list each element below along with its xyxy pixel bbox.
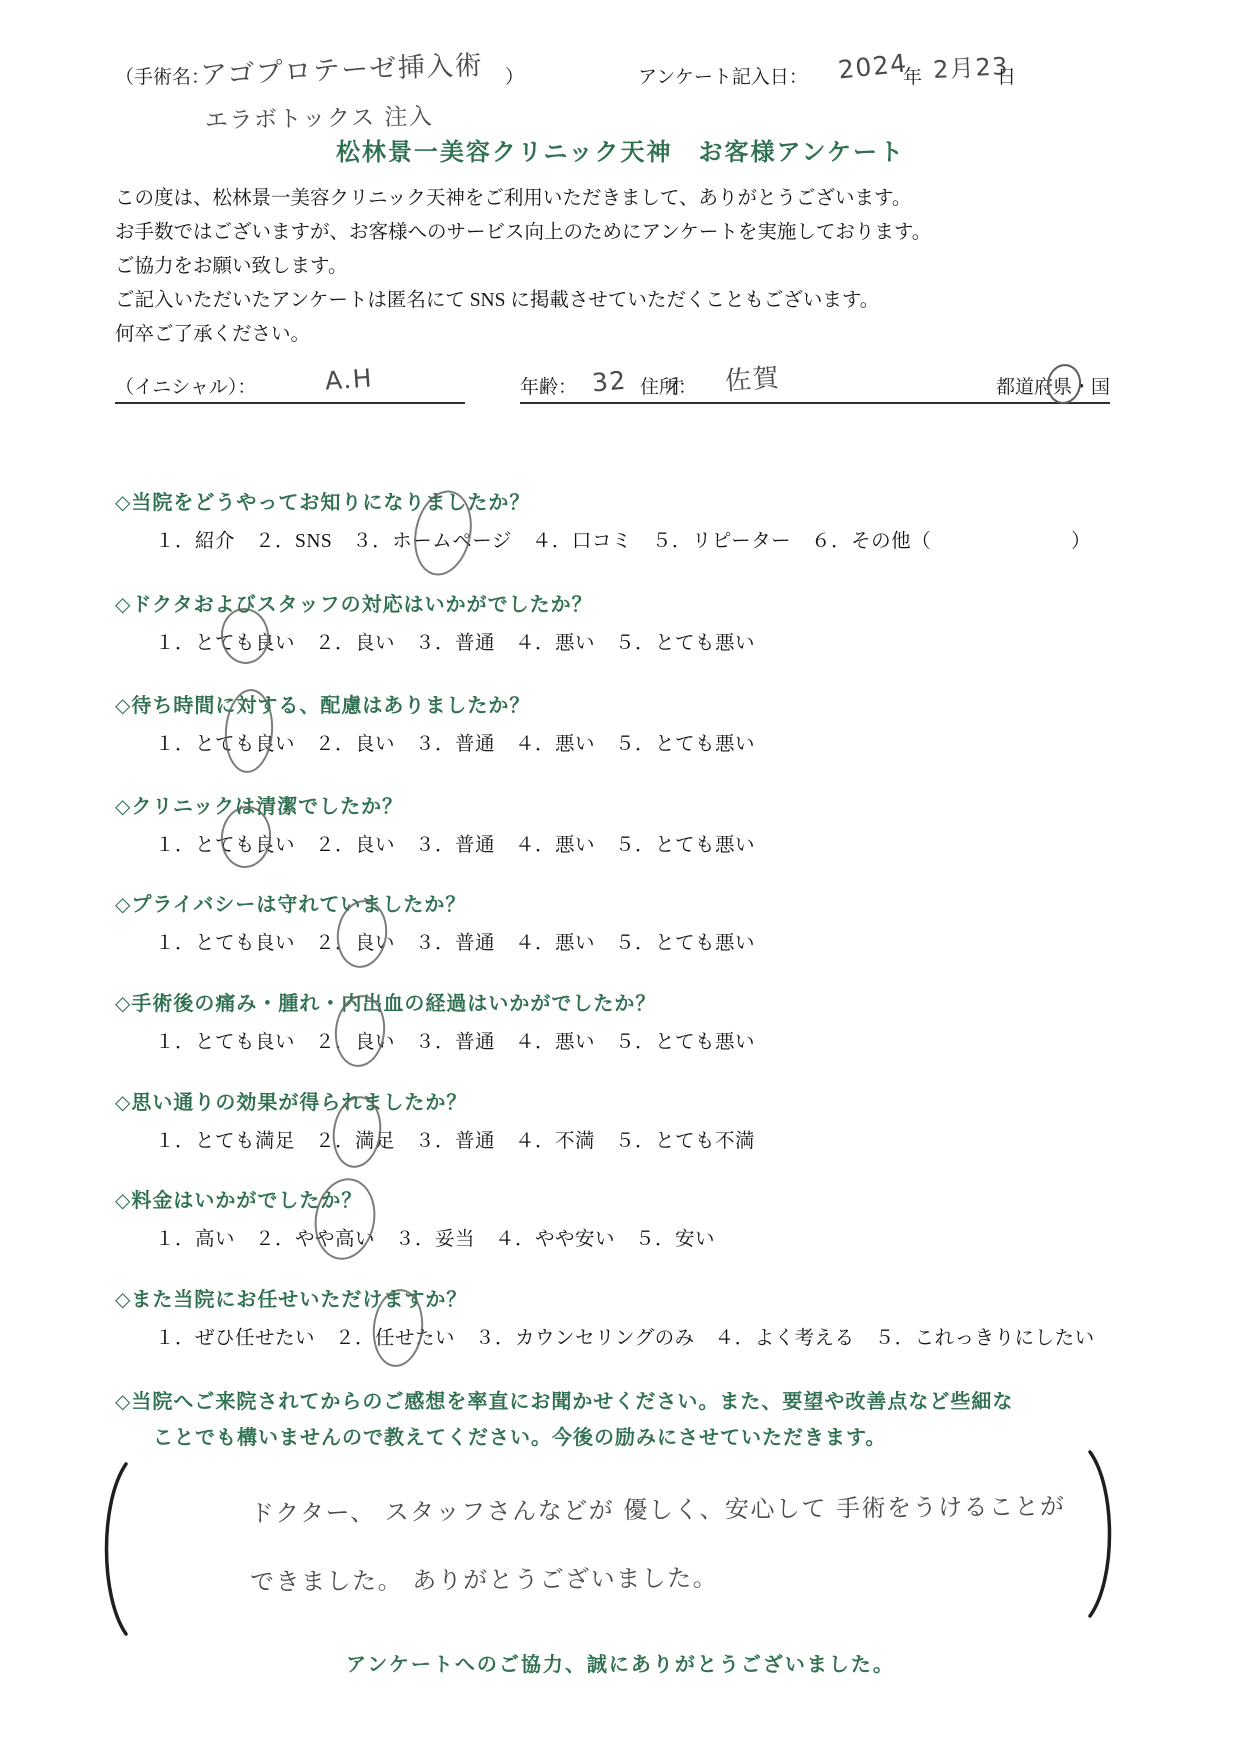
survey-date-label: アンケート記入日： <box>638 62 808 89</box>
initial-label: （イニシャル）： <box>115 372 256 399</box>
comment-handwritten-line2: できました。 ありがとうございました。 <box>250 1558 718 1597</box>
question-heading: ◇手術後の痛み・腫れ・内出血の経過はいかがでしたか？ <box>115 987 1130 1016</box>
address-field: 住所： 佐賀 都道府県・国 <box>640 360 1110 404</box>
question-block-3: ◇待ち時間に対する、配慮はありましたか？ １．とても良い ２．良い ３．普通 ４… <box>115 689 1130 756</box>
question-options: １．とても良い ２．良い ３．普通 ４．悪い ５．とても悪い <box>115 1026 1130 1054</box>
age-value: 32 <box>591 366 628 398</box>
final-question: ◇当院へご来院されてからのご感想を率直にお聞かせください。また、要望や改善点など… <box>115 1384 1130 1456</box>
final-question-line2: ことでも構いませんので教えてください。今後の励みにさせていただきます。 <box>115 1420 1130 1456</box>
intro-line: ご協力をお願い致します。 <box>115 250 931 284</box>
surgery-name-value: アゴプロテーゼ挿入術 <box>199 43 483 92</box>
final-question-line1: ◇当院へご来院されてからのご感想を率直にお聞かせください。また、要望や改善点など… <box>115 1384 1130 1420</box>
question-block-7: ◇思い通りの効果が得られましたか？ １．とても満足 ２．満足 ３．普通 ４．不満… <box>115 1086 1130 1153</box>
intro-paragraph: この度は、松林景一美容クリニック天神をご利用いただきまして、ありがとうございます… <box>115 182 931 352</box>
survey-date-year-value: 2024 <box>837 48 909 84</box>
address-suffix: 都道府県・国 <box>996 372 1110 399</box>
comment-bracket-left-icon <box>92 1460 136 1638</box>
survey-scan-page: （手術名： アゴプロテーゼ挿入術 ） エラボトックス 注入 アンケート記入日： … <box>0 0 1241 1754</box>
question-block-6: ◇手術後の痛み・腫れ・内出血の経過はいかがでしたか？ １．とても良い ２．良い … <box>115 987 1130 1054</box>
question-options: １．高い ２．やや高い ３．妥当 ４．やや安い ５．安い <box>115 1223 1130 1251</box>
question-block-4: ◇クリニックは清潔でしたか？ １．とても良い ２．良い ３．普通 ４．悪い ５．… <box>115 790 1130 857</box>
initial-value: A.H <box>324 363 374 395</box>
page-title: 松林景一美容クリニック天神 お客様アンケート <box>0 132 1241 167</box>
question-block-2: ◇ドクタおよびスタッフの対応はいかがでしたか？ １．とても良い ２．良い ３．普… <box>115 588 1130 655</box>
question-block-9: ◇また当院にお任せいただけますか？ １．ぜひ任せたい ２．任せたい ３．カウンセ… <box>115 1283 1130 1350</box>
intro-line: お手数ではございますが、お客様へのサービス向上のためにアンケートを実施しておりま… <box>115 216 931 250</box>
surgery-name-label: （手術名： <box>115 62 210 89</box>
address-label: 住所： <box>640 372 697 399</box>
question-heading: ◇料金はいかがでしたか？ <box>115 1184 1130 1213</box>
initial-field: （イニシャル）： A.H <box>115 360 465 404</box>
question-block-5: ◇プライバシーは守れていましたか？ １．とても良い ２．良い ３．普通 ４．悪い… <box>115 888 1130 955</box>
comment-bracket-right-icon <box>1080 1448 1124 1620</box>
question-options: １．とても良い ２．良い ３．普通 ４．悪い ５．とても悪い <box>115 927 1130 955</box>
question-options: １．ぜひ任せたい ２．任せたい ３．カウンセリングのみ ４．よく考える ５．これ… <box>115 1322 1130 1350</box>
question-options: １．紹介 ２．SNS ３．ホームページ ４．口コミ ５．リピーター ６．その他（… <box>115 525 1130 553</box>
question-heading: ◇当院をどうやってお知りになりましたか？ <box>115 486 1130 515</box>
surgery-name-value-2: エラボトックス 注入 <box>205 98 434 135</box>
question-heading: ◇ドクタおよびスタッフの対応はいかがでしたか？ <box>115 588 1130 617</box>
address-value: 佐賀 <box>724 357 781 398</box>
question-options: １．とても満足 ２．満足 ３．普通 ４．不満 ５．とても不満 <box>115 1125 1130 1153</box>
intro-line: ご記入いただいたアンケートは匿名にて SNS に掲載させていただくこともございま… <box>115 284 931 318</box>
prefecture-circled-char: 県 <box>1053 372 1072 399</box>
age-label: 年齢： <box>520 372 577 399</box>
survey-date-day-suffix: 日 <box>997 62 1016 89</box>
survey-date-year-suffix: 年 <box>903 62 922 89</box>
question-heading: ◇思い通りの効果が得られましたか？ <box>115 1086 1130 1115</box>
question-block-8: ◇料金はいかがでしたか？ １．高い ２．やや高い ３．妥当 ４．やや安い ５．安… <box>115 1184 1130 1251</box>
intro-line: この度は、松林景一美容クリニック天神をご利用いただきまして、ありがとうございます… <box>115 182 931 216</box>
intro-line: 何卒ご了承ください。 <box>115 318 931 352</box>
address-suffix-pre: 都道府 <box>996 377 1053 398</box>
question-heading: ◇クリニックは清潔でしたか？ <box>115 790 1130 819</box>
question-heading: ◇また当院にお任せいただけますか？ <box>115 1283 1130 1312</box>
surgery-name-close-paren: ） <box>505 62 524 89</box>
closing-note: アンケートへのご協力、誠にありがとうございました。 <box>0 1648 1241 1677</box>
question-block-1: ◇当院をどうやってお知りになりましたか？ １．紹介 ２．SNS ３．ホームページ… <box>115 486 1130 553</box>
question-heading: ◇プライバシーは守れていましたか？ <box>115 888 1130 917</box>
comment-handwritten-line1: ドクター、 スタッフさんなどが 優しく、安心して 手術をうけることが <box>250 1486 1066 1528</box>
